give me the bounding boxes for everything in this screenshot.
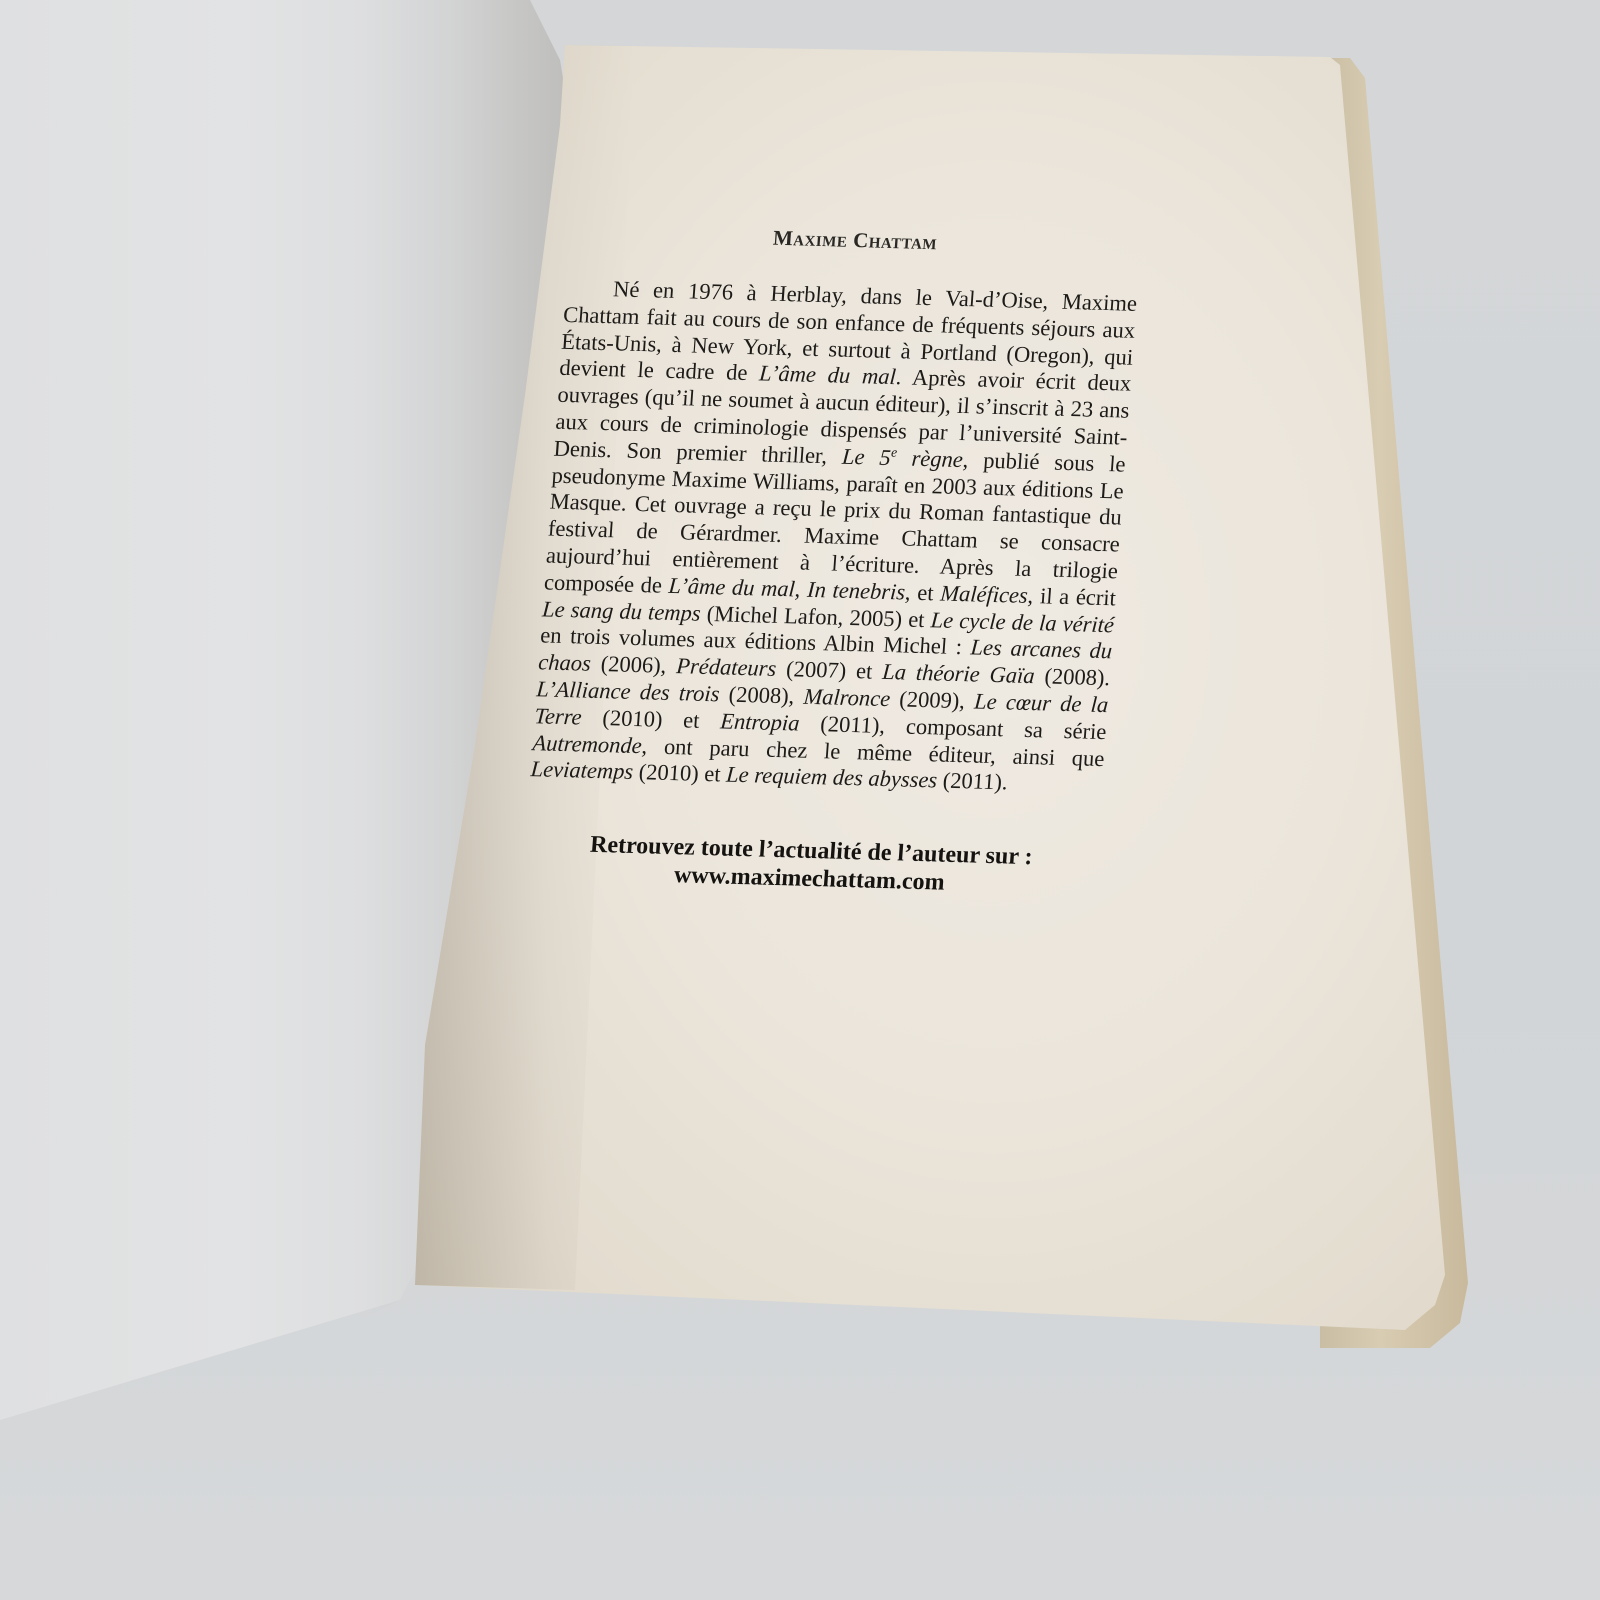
book-title: Le requiem des abysses (725, 762, 938, 793)
book-title: Entropia (720, 708, 801, 735)
book-title: Le 5e règne (841, 444, 963, 472)
book-title: Autremonde (532, 730, 643, 758)
bio-text: (2010) et (632, 759, 727, 787)
book-title: Leviatemps (530, 756, 634, 784)
bio-text: (Michel Lafon, 2005) et (700, 600, 932, 631)
bio-text: , et (904, 579, 941, 605)
book-title: Le sang du temps (541, 596, 701, 625)
book-title: Prédateurs (675, 653, 777, 681)
book-title: In tenebris (806, 577, 906, 605)
bio-text: (2007) et (775, 656, 883, 684)
book-title: L’Alliance des trois (536, 676, 721, 706)
bio-text: (2006), (590, 651, 677, 678)
bio-text: (2008), (719, 681, 805, 708)
page-text-block: Maxime Chattam Né en 1976 à Herblay, dan… (522, 220, 1141, 901)
book-photo-scene: Maxime Chattam Né en 1976 à Herblay, dan… (0, 0, 1600, 1600)
bio-text: , publié sous le pseudonyme Maxime Willi… (543, 447, 1126, 598)
bio-text: (2010) et (581, 704, 722, 733)
author-biography: Né en 1976 à Herblay, dans le Val-d’Oise… (530, 275, 1138, 799)
book-title: L’âme du mal (668, 573, 796, 601)
book-title: L’âme du mal (758, 361, 896, 390)
book-title: Le cycle de la vérité (930, 607, 1115, 637)
superscript: e (891, 444, 898, 459)
bio-text: (2008). (1034, 663, 1111, 690)
book-title: La théorie Gaïa (881, 659, 1035, 688)
book-title: Malronce (803, 684, 891, 711)
bio-text: (2009), (889, 686, 975, 713)
book-title: Maléfices (940, 580, 1029, 607)
bio-text: (2011). (936, 768, 1008, 795)
bio-text: , il a écrit (1027, 583, 1117, 610)
